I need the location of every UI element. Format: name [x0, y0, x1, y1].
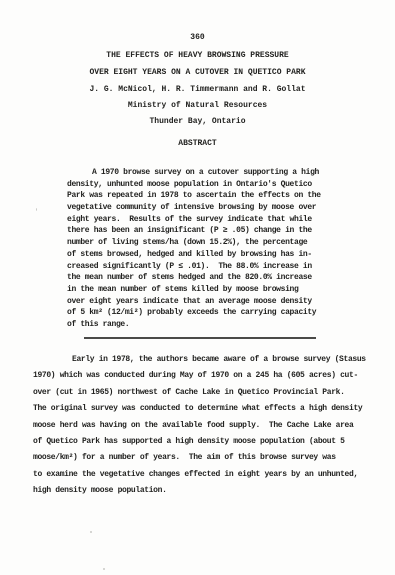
- scan-speck: [36, 208, 37, 211]
- body-line: 1970) which was conducted during May of …: [33, 368, 381, 384]
- abstract-line: eight years. Results of the survey indic…: [67, 214, 335, 226]
- body-line: The original survey was conducted to det…: [33, 401, 381, 417]
- paper-title-line1: THE EFFECTS OF HEAVY BROWSING PRESSURE: [0, 51, 395, 60]
- body-line: moose herd was having on the available f…: [33, 418, 381, 434]
- abstract-line: of 5 km² (12/mi²) probably exceeds the c…: [67, 307, 335, 319]
- authors-line: J. G. McNicol, H. R. Timmermann and R. G…: [0, 85, 395, 94]
- body-section: Early in 1978, the authors became aware …: [33, 352, 381, 500]
- abstract-divider-rule: [84, 337, 316, 339]
- abstract-line: of this range.: [67, 319, 335, 331]
- affiliation-line1: Ministry of Natural Resources: [0, 101, 395, 110]
- scan-speck: [103, 568, 105, 570]
- abstract-line: of stems browsed, hedged and killed by b…: [67, 249, 335, 261]
- body-line: moose/km²) for a number of years. The ai…: [33, 450, 381, 466]
- body-line: Early in 1978, the authors became aware …: [33, 352, 381, 368]
- affiliation-line2: Thunder Bay, Ontario: [0, 117, 395, 126]
- abstract-line: density, unhunted moose population in On…: [67, 179, 335, 191]
- body-line: to examine the vegetative changes effect…: [33, 467, 381, 483]
- abstract-line: over eight years indicate that an averag…: [67, 296, 335, 308]
- body-line: over (cut in 1965) northwest of Cache La…: [33, 385, 381, 401]
- abstract-line: A 1970 browse survey on a cutover suppor…: [67, 167, 335, 179]
- scan-speck: [90, 531, 92, 533]
- abstract-line: number of living stems/ha (down 15.2%), …: [67, 237, 335, 249]
- abstract-line: creased significantly (P ≤ .01). The 88.…: [67, 261, 335, 273]
- paper-title-line2: OVER EIGHT YEARS ON A CUTOVER IN QUETICO…: [0, 68, 395, 77]
- abstract-section: A 1970 browse survey on a cutover suppor…: [67, 167, 335, 331]
- abstract-line: vegetative community of intensive browsi…: [67, 202, 335, 214]
- page-number: 360: [0, 33, 395, 42]
- body-line: of Quetico Park has supported a high den…: [33, 434, 381, 450]
- abstract-line: Park was repeated in 1978 to ascertain t…: [67, 190, 335, 202]
- abstract-line: in the mean number of stems killed by mo…: [67, 284, 335, 296]
- abstract-line: there has been an insignificant (P ≥ .05…: [67, 225, 335, 237]
- abstract-heading: ABSTRACT: [0, 139, 395, 148]
- abstract-line: the mean number of stems hedged and the …: [67, 272, 335, 284]
- body-line: high density moose population.: [33, 483, 381, 499]
- scanned-paper-page: 360 THE EFFECTS OF HEAVY BROWSING PRESSU…: [0, 0, 395, 575]
